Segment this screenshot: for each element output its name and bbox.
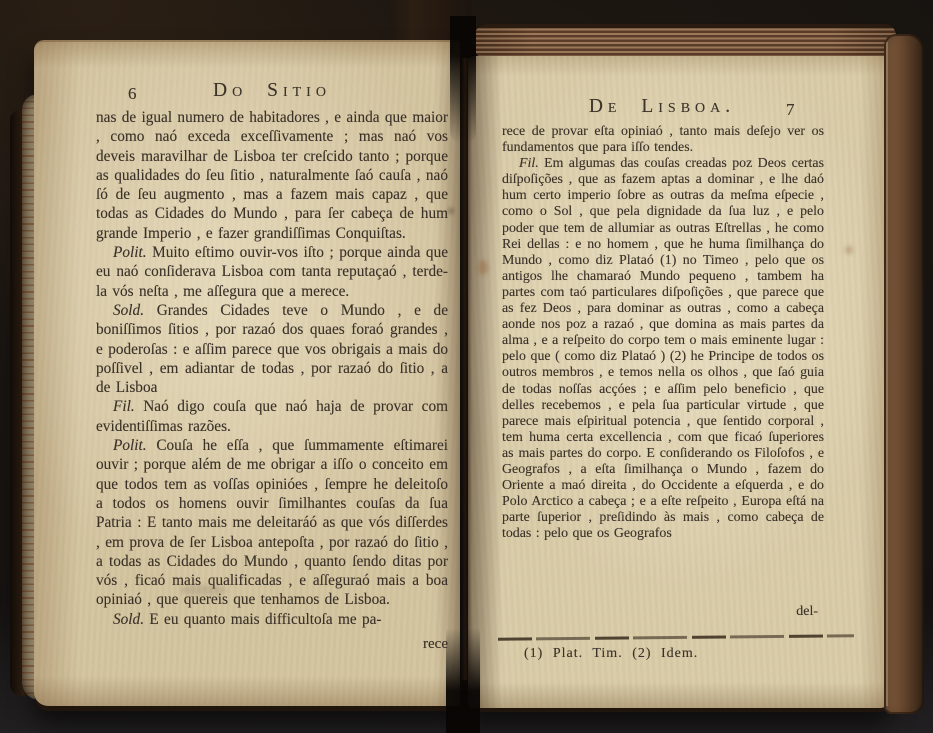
speaker-label: Polit. xyxy=(113,244,147,261)
foxing-stain xyxy=(845,246,853,254)
paragraph-text: Couſa he eſſa , que ſummamente eſtimarei… xyxy=(96,437,448,608)
book-scan: 6 Do Sitio nas de igual numero de habita… xyxy=(0,0,933,733)
paragraph: Polit. Couſa he eſſa , que ſummamente eſ… xyxy=(96,436,448,610)
paragraph-text: Muito eſtimo ouvir-vos iſto ; porque ain… xyxy=(96,244,448,300)
paragraph-text: Naó digo couſa que naó haja de provar co… xyxy=(96,398,448,434)
speaker-label: Sold. xyxy=(113,611,144,628)
paragraph: Sold. E eu quanto mais difficultoſa me p… xyxy=(96,610,448,629)
right-text-block: rece de provar eſta opiniaó , tanto mais… xyxy=(502,124,824,606)
paragraph: Fil. Naó digo couſa que naó haja de prov… xyxy=(96,397,448,436)
paragraph-text: rece de provar eſta opiniaó , tanto mais… xyxy=(502,124,824,155)
paragraph: Sold. Grandes Cidades teve o Mundo , e d… xyxy=(96,301,448,397)
speaker-label: Polit. xyxy=(113,437,147,454)
ink-speck xyxy=(448,208,454,214)
paragraph: Polit. Muito eſtimo ouvir-vos iſto ; por… xyxy=(96,243,448,301)
left-catchword: rece xyxy=(96,636,494,653)
speaker-label: Fil. xyxy=(113,398,135,415)
right-running-title: De Lisboa. xyxy=(502,96,822,118)
paragraph: rece de provar eſta opiniaó , tanto mais… xyxy=(502,124,824,156)
right-page-number: 7 xyxy=(786,100,795,120)
paragraph: Fil. Em algumas das couſas creadas poz D… xyxy=(502,156,824,542)
speaker-label: Fil. xyxy=(519,156,539,171)
left-text-block: nas de igual numero de habitadores , e a… xyxy=(96,108,448,636)
speaker-label: Sold. xyxy=(113,302,144,319)
left-running-title: Do Sitio xyxy=(96,80,448,102)
right-catchword: del- xyxy=(502,604,818,620)
gutter-crease xyxy=(461,58,472,680)
right-cover-board xyxy=(884,34,924,714)
paragraph-text: Grandes Cidades teve o Mundo , e de boni… xyxy=(96,302,448,396)
paragraph: nas de igual numero de habitadores , e a… xyxy=(96,108,448,243)
foxing-stain xyxy=(478,260,488,275)
paragraph-text: nas de igual numero de habitadores , e a… xyxy=(96,109,448,242)
paragraph-text: Em algumas das couſas creadas poz Deos c… xyxy=(502,156,824,541)
footnote: (1) Plat. Tim. (2) Idem. xyxy=(524,646,698,662)
paragraph-text: E eu quanto mais difficultoſa me pa- xyxy=(149,611,381,628)
